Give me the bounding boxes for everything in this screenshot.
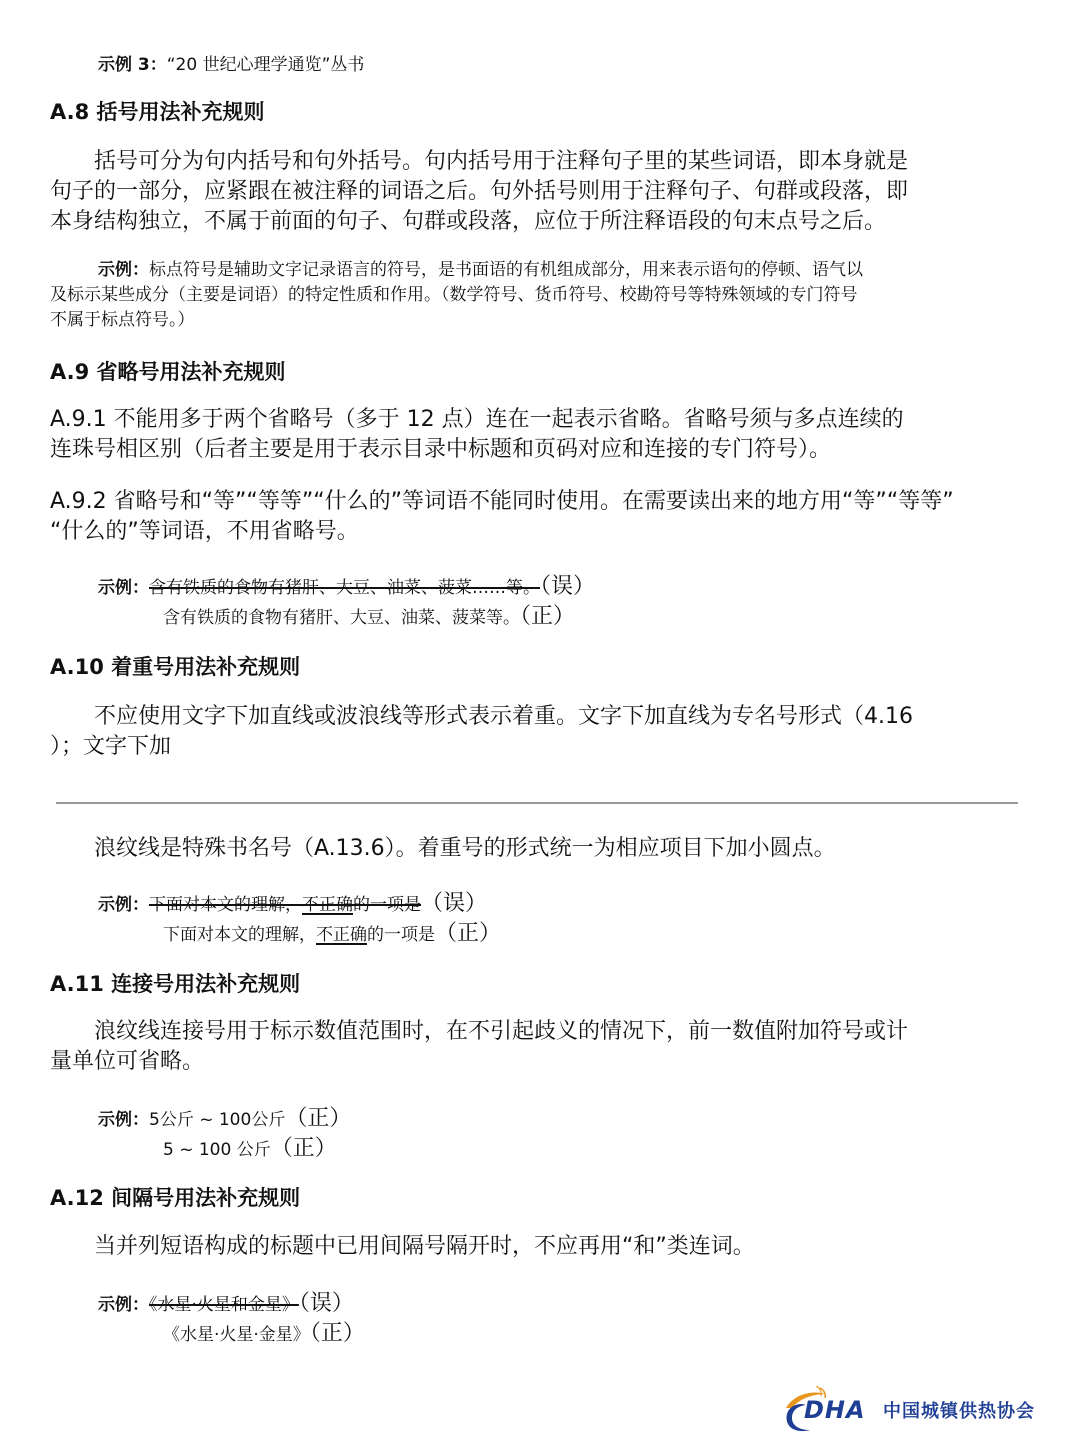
- logo-chinese-text: 中国城镇供热协会: [883, 1397, 1035, 1423]
- a10-paragraph-continued: 浪纹线是特殊书名号（A.13.6）。着重号的形式统一为相应项目下加小圆点。: [50, 834, 836, 864]
- section-heading-a9: A.9 省略号用法补充规则: [50, 356, 286, 386]
- example-label: 示例：: [98, 895, 149, 915]
- example-label: 示例：: [98, 1295, 149, 1315]
- paragraph-line: A.9.1 不能用多于两个省略号（多于 12 点）连在一起表示省略。省略号须与多…: [50, 405, 904, 435]
- a11-example-line-1: 示例：5公斤 ~ 100公斤（正）: [98, 1101, 351, 1132]
- page-break-separator: [56, 802, 1018, 804]
- footer-logo: DHA 中国城镇供热协会: [780, 1386, 1060, 1436]
- section-heading-a10: A.10 着重号用法补充规则: [50, 651, 300, 681]
- logo-latin-text: DHA: [804, 1396, 866, 1424]
- wrong-pre: 下面对本文的理解，: [149, 895, 302, 915]
- section-heading-a12: A.12 间隔号用法补充规则: [50, 1182, 300, 1212]
- right-example-text: 下面对本文的理解，不正确的一项是: [163, 925, 435, 945]
- example-line: 不属于标点符号。）: [50, 308, 863, 333]
- paragraph-line: 不应使用文字下加直线或波浪线等形式表示着重。文字下加直线为专名号形式（4.16: [50, 702, 913, 732]
- wrong-example-text: 含有铁质的食物有猪肝、大豆、油菜、菠菜……等。: [149, 578, 540, 598]
- section-heading-a11: A.11 连接号用法补充规则: [50, 968, 300, 998]
- right-example-text: 含有铁质的食物有猪肝、大豆、油菜、菠菜等。: [163, 608, 520, 628]
- right-underlined: 不正确: [316, 925, 367, 945]
- a12-paragraph: 当并列短语构成的标题中已用间隔号隔开时，不应再用“和”类连词。: [50, 1232, 755, 1262]
- right-mark: （正）: [520, 604, 575, 629]
- paragraph-line: 句子的一部分，应紧跟在被注释的词语之后。句外括号则用于注释句子、句群或段落，即: [50, 177, 908, 207]
- paragraph-line: 连珠号相区别（后者主要是用于表示目录中标题和页码对应和连接的专门符号）。: [50, 435, 904, 465]
- example-text: “20 世纪心理学通览”丛书: [167, 55, 365, 75]
- right-post: 的一项是: [367, 925, 435, 945]
- example-text: 5公斤 ~ 100公斤: [149, 1110, 285, 1130]
- example-3: 示例 3：“20 世纪心理学通览”丛书: [98, 50, 364, 75]
- a8-example: 示例：标点符号是辅助文字记录语言的符号，是书面语的有机组成部分，用来表示语句的停…: [50, 258, 863, 333]
- example-label: 示例：: [98, 578, 149, 598]
- wrong-example-text: 下面对本文的理解，不正确的一项是: [149, 895, 421, 915]
- a11-example-line-2: 5 ~ 100 公斤（正）: [163, 1131, 337, 1162]
- paragraph-line: 本身结构独立，不属于前面的句子、句群或段落，应位于所注释语段的句末点号之后。: [50, 207, 908, 237]
- right-mark: （正）: [285, 1106, 351, 1131]
- a9-example-wrong: 示例：含有铁质的食物有猪肝、大豆、油菜、菠菜……等。（误）: [98, 569, 595, 600]
- right-mark: （正）: [310, 1321, 365, 1346]
- wrong-example-text: 《水星·火星和金星》: [149, 1295, 299, 1315]
- example-line: 标点符号是辅助文字记录语言的符号，是书面语的有机组成部分，用来表示语句的停顿、语…: [149, 260, 863, 280]
- example-label: 示例：: [98, 260, 149, 280]
- paragraph-line: A.9.2 省略号和“等”“等等”“什么的”等词语不能同时使用。在需要读出来的地…: [50, 487, 954, 517]
- wrong-mark: （误）: [421, 891, 487, 916]
- example-label: 示例：: [98, 1110, 149, 1130]
- a10-paragraph: 不应使用文字下加直线或波浪线等形式表示着重。文字下加直线为专名号形式（4.16 …: [50, 702, 913, 762]
- paragraph-line: 括号可分为句内括号和句外括号。句内括号用于注释句子里的某些词语，即本身就是: [50, 147, 908, 177]
- example-text: 5 ~ 100 公斤: [163, 1140, 271, 1160]
- a9-rule-2: A.9.2 省略号和“等”“等等”“什么的”等词语不能同时使用。在需要读出来的地…: [50, 487, 954, 547]
- right-mark: （正）: [435, 921, 501, 946]
- paragraph-line: 量单位可省略。: [50, 1047, 908, 1077]
- wrong-mark: （误）: [299, 1291, 354, 1316]
- wrong-underlined: 不正确: [302, 895, 353, 915]
- a8-paragraph: 括号可分为句内括号和句外括号。句内括号用于注释句子里的某些词语，即本身就是 句子…: [50, 147, 908, 237]
- paragraph-line: “什么的”等词语，不用省略号。: [50, 517, 954, 547]
- example-line: 及标示某些成分（主要是词语）的特定性质和作用。（数学符号、货币符号、校勘符号等特…: [50, 283, 863, 308]
- a12-example-wrong: 示例：《水星·火星和金星》（误）: [98, 1286, 354, 1317]
- wrong-post: 的一项是: [353, 895, 421, 915]
- example-label: 示例 3：: [98, 55, 167, 75]
- a10-example-right: 下面对本文的理解，不正确的一项是（正）: [163, 916, 501, 947]
- a10-example-wrong: 示例：下面对本文的理解，不正确的一项是（误）: [98, 886, 487, 917]
- section-heading-a8: A.8 括号用法补充规则: [50, 96, 265, 126]
- right-pre: 下面对本文的理解，: [163, 925, 316, 945]
- a12-example-right: 《水星·火星·金星》（正）: [163, 1316, 365, 1347]
- right-example-text: 《水星·火星·金星》: [163, 1325, 310, 1345]
- wrong-mark: （误）: [540, 574, 595, 599]
- paragraph-line: 浪纹线连接号用于标示数值范围时，在不引起歧义的情况下，前一数值附加符号或计: [50, 1017, 908, 1047]
- paragraph-line: ）；文字下加: [50, 732, 913, 762]
- right-mark: （正）: [271, 1136, 337, 1161]
- a9-rule-1: A.9.1 不能用多于两个省略号（多于 12 点）连在一起表示省略。省略号须与多…: [50, 405, 904, 465]
- a9-example-right: 含有铁质的食物有猪肝、大豆、油菜、菠菜等。（正）: [163, 599, 575, 630]
- a11-paragraph: 浪纹线连接号用于标示数值范围时，在不引起歧义的情况下，前一数值附加符号或计 量单…: [50, 1017, 908, 1077]
